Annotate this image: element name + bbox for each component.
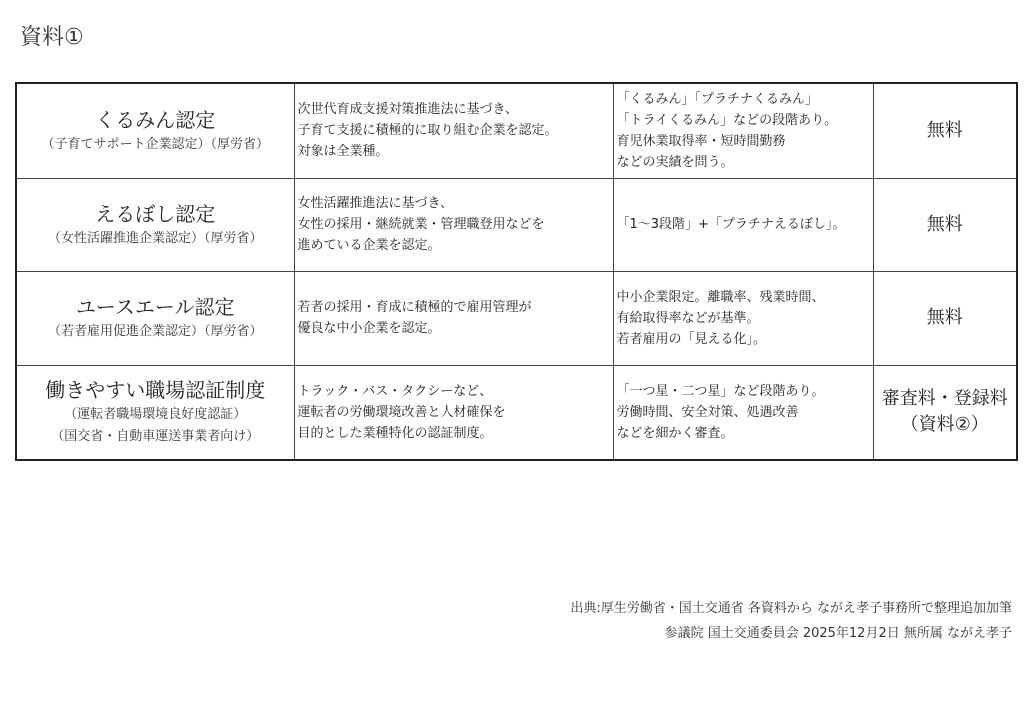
- feature-line: 「一つ星・二つ星」など段階あり。: [617, 381, 873, 402]
- feature-line: 中小企業限定。離職率、残業時間、: [617, 287, 873, 308]
- cert-subtitle: （子育てサポート企業認定）（厚労省）: [17, 134, 294, 156]
- description-line: 運転者の労働環境改善と人材確保を: [298, 402, 613, 423]
- description-line: 女性の採用・継続就業・管理職登用などを: [298, 214, 613, 235]
- cert-subtitle: （国交省・自動車運送事業者向け）: [17, 426, 294, 448]
- table-row-eruboshi: えるぼし認定 （女性活躍推進企業認定）（厚労省） 女性活躍推進法に基づき、 女性…: [16, 178, 1017, 271]
- cert-name-cell: くるみん認定 （子育てサポート企業認定）（厚労省）: [16, 83, 294, 178]
- feature-line: 「トライくるみん」などの段階あり。: [617, 110, 873, 131]
- table-row-kurumin: くるみん認定 （子育てサポート企業認定）（厚労省） 次世代育成支援対策推進法に基…: [16, 83, 1017, 178]
- fee-text: 審査料・登録料: [874, 386, 1017, 412]
- description-line: 進めている企業を認定。: [298, 235, 613, 256]
- description-line: 若者の採用・育成に積極的で雇用管理が: [298, 297, 613, 318]
- cert-subtitle: （女性活躍推進企業認定）（厚労省）: [17, 228, 294, 250]
- description-line: 優良な中小企業を認定。: [298, 318, 613, 339]
- cert-subtitle: （運転者職場環境良好度認証）: [17, 404, 294, 426]
- feature-line: 労働時間、安全対策、処遇改善: [617, 402, 873, 423]
- cert-features-cell: 「一つ星・二つ星」など段階あり。 労働時間、安全対策、処遇改善 などを細かく審査…: [613, 365, 873, 460]
- description-line: 次世代育成支援対策推進法に基づき、: [298, 99, 613, 120]
- cert-name: 働きやすい職場認証制度: [17, 376, 294, 404]
- fee-text: 無料: [874, 118, 1017, 144]
- cert-name-cell: ユースエール認定 （若者雇用促進企業認定）（厚労省）: [16, 271, 294, 365]
- cert-features-cell: 中小企業限定。離職率、残業時間、 有給取得率などが基準。 若者雇用の「見える化」…: [613, 271, 873, 365]
- cert-name-cell: えるぼし認定 （女性活躍推進企業認定）（厚労省）: [16, 178, 294, 271]
- cert-description-cell: トラック・バス・タクシーなど、 運転者の労働環境改善と人材確保を 目的とした業種…: [294, 365, 613, 460]
- source-line: 参議院 国土交通委員会 2025年12月2日 無所属 ながえ孝子: [570, 621, 1012, 646]
- cert-description-cell: 次世代育成支援対策推進法に基づき、 子育て支援に積極的に取り組む企業を認定。 対…: [294, 83, 613, 178]
- table-row-workplace-certification: 働きやすい職場認証制度 （運転者職場環境良好度認証） （国交省・自動車運送事業者…: [16, 365, 1017, 460]
- cert-fee-cell: 無料: [873, 271, 1017, 365]
- description-line: トラック・バス・タクシーなど、: [298, 381, 613, 402]
- cert-description-cell: 若者の採用・育成に積極的で雇用管理が 優良な中小企業を認定。: [294, 271, 613, 365]
- document-title: 資料①: [20, 20, 84, 51]
- feature-line: などの実績を問う。: [617, 152, 873, 173]
- description-line: 女性活躍推進法に基づき、: [298, 193, 613, 214]
- cert-subtitle: （若者雇用促進企業認定）（厚労省）: [17, 321, 294, 343]
- cert-name-cell: 働きやすい職場認証制度 （運転者職場環境良好度認証） （国交省・自動車運送事業者…: [16, 365, 294, 460]
- fee-text: 無料: [874, 305, 1017, 331]
- cert-features-cell: 「くるみん」「プラチナくるみん」 「トライくるみん」などの段階あり。 育児休業取…: [613, 83, 873, 178]
- table-row-youth-yell: ユースエール認定 （若者雇用促進企業認定）（厚労省） 若者の採用・育成に積極的で…: [16, 271, 1017, 365]
- feature-line: 「くるみん」「プラチナくるみん」: [617, 89, 873, 110]
- fee-reference: （資料②）: [874, 412, 1017, 438]
- cert-name: えるぼし認定: [17, 200, 294, 228]
- feature-line: 有給取得率などが基準。: [617, 308, 873, 329]
- cert-name: ユースエール認定: [17, 293, 294, 321]
- description-line: 目的とした業種特化の認証制度。: [298, 423, 613, 444]
- cert-name: くるみん認定: [17, 106, 294, 134]
- feature-line: 若者雇用の「見える化」。: [617, 329, 873, 350]
- cert-description-cell: 女性活躍推進法に基づき、 女性の採用・継続就業・管理職登用などを 進めている企業…: [294, 178, 613, 271]
- cert-fee-cell: 無料: [873, 178, 1017, 271]
- feature-line: 「1～3段階」+「プラチナえるぼし」。: [617, 214, 873, 235]
- feature-line: 育児休業取得率・短時間勤務: [617, 131, 873, 152]
- cert-fee-cell: 審査料・登録料 （資料②）: [873, 365, 1017, 460]
- source-note: 出典:厚生労働省・国土交通省 各資料から ながえ孝子事務所で整理追加加筆 参議院…: [570, 596, 1012, 646]
- certification-table: くるみん認定 （子育てサポート企業認定）（厚労省） 次世代育成支援対策推進法に基…: [15, 82, 1018, 461]
- source-line: 出典:厚生労働省・国土交通省 各資料から ながえ孝子事務所で整理追加加筆: [570, 596, 1012, 621]
- cert-features-cell: 「1～3段階」+「プラチナえるぼし」。: [613, 178, 873, 271]
- description-line: 子育て支援に積極的に取り組む企業を認定。: [298, 120, 613, 141]
- description-line: 対象は全業種。: [298, 141, 613, 162]
- fee-text: 無料: [874, 212, 1017, 238]
- feature-line: などを細かく審査。: [617, 423, 873, 444]
- cert-fee-cell: 無料: [873, 83, 1017, 178]
